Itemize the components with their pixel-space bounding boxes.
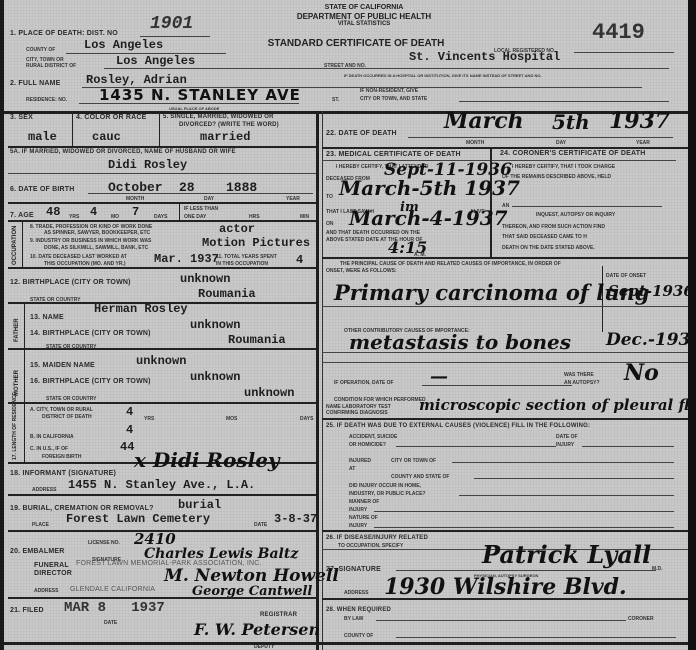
informant-signature: x Didi Rosley <box>134 448 280 472</box>
father-birthplace-label: 14. BIRTHPLACE (CITY OR TOWN) <box>30 330 151 337</box>
principal-onset: Sept-1936 <box>608 282 694 300</box>
coroner-line-5: DEATH ON THE DATE STATED ABOVE. <box>502 245 595 251</box>
age-days: 7 <box>132 205 139 219</box>
full-name-value: Rosley, Adrian <box>86 73 187 87</box>
nonres-label-1: IF NON-RESIDENT, GIVE <box>360 88 418 94</box>
license-label: LICENSE NO. <box>88 540 120 546</box>
autopsy-value: No <box>624 360 659 386</box>
coroner-req-coroner-label: CORONER <box>628 616 654 622</box>
medical-cert-label: 23. MEDICAL CERTIFICATE OF DEATH <box>326 151 461 158</box>
coroner-inquest-label: INQUEST, AUTOPSY OR INQUIRY <box>536 212 615 218</box>
manner-label-1: MANNER OF <box>349 499 379 505</box>
spouse-value: Didi Rosley <box>108 158 187 172</box>
division-title: VITAL STATISTICS <box>274 21 454 27</box>
death-year: 1937 <box>609 108 670 134</box>
marital-label-1: 5. SINGLE, MARRIED, WIDOWED OR <box>163 114 274 120</box>
marital-value: married <box>200 130 250 144</box>
less-day-label-1: IF LESS THAN <box>184 206 218 212</box>
operation-value: — <box>430 366 448 387</box>
injured-at-label-1: INJURED <box>349 458 371 464</box>
mother-birthplace-label: 16. BIRTHPLACE (CITY OR TOWN) <box>30 378 151 385</box>
residence-value: 1435 N. STANLEY AVE <box>99 86 301 104</box>
county-label: COUNTY OF <box>26 47 55 53</box>
race-label: 4. COLOR OR RACE <box>76 114 146 121</box>
physician-address: 1930 Wilshire Blvd. <box>384 574 627 600</box>
funeral-director-label-1: FUNERAL <box>34 562 69 569</box>
cause-intro-1: THE PRINCIPAL CAUSE OF DEATH AND RELATED… <box>340 261 561 267</box>
lab-label-2: CONFIRMING DIAGNOSIS <box>326 410 388 416</box>
department-title: DEPARTMENT OF PUBLIC HEALTH <box>274 12 454 21</box>
filed-label: 21. FILED <box>10 607 44 614</box>
medical-to-label: TO <box>326 194 333 200</box>
coroner-req-label-2: BY LAW <box>344 616 363 622</box>
physician-signature: Patrick Lyall <box>482 540 651 569</box>
embalmer-label: 20. EMBALMER <box>10 548 65 555</box>
coroner-cert-label: 24. CORONER'S CERTIFICATE OF DEATH <box>500 150 646 157</box>
physician-address-label: ADDRESS <box>344 590 368 596</box>
informant-address-label: ADDRESS <box>32 487 56 493</box>
district-number: 1901 <box>150 14 193 34</box>
industry-value: Motion Pictures <box>202 236 310 250</box>
mother-birthplace-city: unknown <box>190 370 240 384</box>
trade-value: actor <box>219 222 255 236</box>
on-label: ON <box>326 221 334 227</box>
burial-date: 3-8-37 <box>274 512 317 526</box>
nature-label-1: NATURE OF <box>349 515 378 521</box>
director-signature: M. Newton Howell <box>164 566 339 586</box>
injury-place-label-1: DID INJURY OCCUR IN HOME, <box>349 483 421 489</box>
md-label: M.D. <box>652 566 663 572</box>
dob-label: 6. DATE OF BIRTH <box>10 186 75 193</box>
injury-county-label: COUNTY AND STATE OF <box>391 474 449 480</box>
embalmer-address: GLENDALE CALIFORNIA <box>70 586 155 593</box>
informant-address: 1455 N. Stanley Ave., L.A. <box>68 478 255 492</box>
industry-label-1: 9. INDUSTRY OR BUSINESS IN WHICH WORK WA… <box>30 238 151 244</box>
res-city-label-2: DISTRICT OF DEATH <box>42 414 92 420</box>
death-month: March <box>444 108 524 134</box>
autopsy-label-2: AN AUTOPSY? <box>564 380 600 386</box>
spouse-label: 5A. IF MARRIED, WIDOWED OR DIVORCED, NAM… <box>10 149 236 155</box>
full-name-label: 2. FULL NAME <box>10 80 61 87</box>
death-date-label: 22. DATE OF DEATH <box>326 130 397 137</box>
age-label: 7. AGE <box>10 212 34 219</box>
principal-cause: Primary carcinoma of lung <box>334 280 649 305</box>
injury-city-label: CITY OR TOWN OF <box>391 458 436 464</box>
nature-label-2: INJURY <box>349 523 367 529</box>
occ-related-label-1: 26. IF DISEASE/INJURY RELATED <box>326 535 428 541</box>
death-month-label: MONTH <box>466 140 484 146</box>
father-birthplace-country: Roumania <box>228 333 286 347</box>
coroner-req-county-label: COUNTY OF <box>344 633 373 639</box>
res-yrs-label: YRS <box>144 416 154 422</box>
death-day: 5th <box>552 110 590 134</box>
registrar-signature: F. W. Petersen <box>194 620 320 639</box>
embalmer-address-label: ADDRESS <box>34 588 58 594</box>
total-years-label-1: 11. TOTAL YEARS SPENT <box>216 254 277 260</box>
page-edge <box>688 0 696 650</box>
res-city-label-1: A. CITY, TOWN OR RURAL <box>30 407 93 413</box>
birthplace-label: 12. BIRTHPLACE (CITY OR TOWN) <box>10 279 131 286</box>
cause-intro-2: ONSET, WERE AS FOLLOWS: <box>326 268 397 274</box>
injured-at-label-2: AT <box>349 466 355 472</box>
coroner-line-3: THEREON, AND FROM SUCH ACTION FIND <box>502 224 605 230</box>
last-worked-value: Mar. 1937 <box>154 252 219 266</box>
trade-label-2: AS SPINNER, SAWYER, BOOKKEEPER, ETC <box>44 230 150 236</box>
last-saw-date: March-4-1937 <box>349 206 508 230</box>
residence-length-side-label: 17. LENGTH OF RESIDENCE <box>12 392 18 460</box>
res-us-label-1: C. IN U.S., IF OF <box>30 446 68 452</box>
res-us-years: 44 <box>120 440 134 454</box>
signature-label: 27. SIGNATURE <box>326 566 381 573</box>
death-day-label: DAY <box>556 140 566 146</box>
other-cause: metastasis to bones <box>349 330 571 354</box>
father-name-label: 13. NAME <box>30 314 64 321</box>
informant-label: 18. INFORMANT (SIGNATURE) <box>10 470 116 477</box>
certificate-number: 4419 <box>592 20 645 45</box>
lab-test-value: microscopic section of pleural fluid <box>419 396 696 414</box>
street-value: St. Vincents Hospital <box>409 50 560 64</box>
state-title: STATE OF CALIFORNIA <box>274 4 454 11</box>
operation-label: IF OPERATION, DATE OF <box>334 380 394 386</box>
marital-label-2: DIVORCED? (WRITE THE WORD) <box>179 122 279 128</box>
occurred-label-1: AND THAT DEATH OCCURRED ON THE <box>326 230 420 236</box>
filed-date-label: DATE <box>104 620 117 626</box>
coroner-req-label-1: 28. WHEN REQUIRED <box>326 607 391 613</box>
accident-label-1: ACCIDENT, SUICIDE <box>349 434 397 440</box>
death-year-label: YEAR <box>636 140 650 146</box>
burial-label: 19. BURIAL, CREMATION OR REMOVAL? <box>10 505 154 512</box>
condition-label: CONDITION FOR WHICH PERFORMED <box>334 397 426 403</box>
mother-birthplace-country: unknown <box>244 386 294 400</box>
res-mos-label: MOS <box>226 416 237 422</box>
race-value: cauc <box>92 130 121 144</box>
city-label-2: RURAL DISTRICT OF <box>26 63 76 69</box>
birthplace-country: Roumania <box>198 287 256 301</box>
onset-label: DATE OF ONSET <box>606 273 646 279</box>
coroner-line-2: OF THE REMAINS DESCRIBED ABOVE, HELD <box>502 174 611 180</box>
certificate-title: STANDARD CERTIFICATE OF DEATH <box>226 38 486 49</box>
burial-place: Forest Lawn Cemetery <box>66 512 210 526</box>
res-us-label-2: FOREIGN BIRTH <box>42 454 81 460</box>
death-certificate: STATE OF CALIFORNIA DEPARTMENT OF PUBLIC… <box>4 0 688 650</box>
total-years-value: 4 <box>296 253 303 267</box>
burial-type: burial <box>178 498 221 512</box>
res-ca-label: B. IN CALIFORNIA <box>30 434 74 440</box>
street-label: STREET AND NO. <box>324 63 366 69</box>
occupation-side-label: OCCUPATION <box>12 226 18 265</box>
registrar-label: REGISTRAR <box>260 612 297 618</box>
res-days-label: DAYS <box>300 416 313 422</box>
last-worked-label-1: 10. DATE DECEASED LAST WORKED AT <box>30 254 127 260</box>
burial-date-label: DATE <box>254 522 267 528</box>
residence-label: RESIDENCE: NO. <box>26 97 67 103</box>
city-value: Los Angeles <box>116 54 195 68</box>
father-name-value: Herman Rosley <box>94 302 188 316</box>
street-note: IF DEATH OCCURRED IN A HOSPITAL OR INSTI… <box>344 73 542 78</box>
birthplace-city: unknown <box>180 272 230 286</box>
res-ca-years: 4 <box>126 423 133 437</box>
father-side-label: FATHER <box>14 318 20 342</box>
injury-place-label-2: INDUSTRY, OR PUBLIC PLACE? <box>349 491 425 497</box>
sex-label: 3. SEX <box>10 114 33 121</box>
coroner-an-label: AN <box>502 203 509 209</box>
age-months: 4 <box>90 205 97 219</box>
age-years: 48 <box>46 205 60 219</box>
medical-to: March-5th 1937 <box>339 176 520 200</box>
date-injury-label-2: INJURY <box>556 442 574 448</box>
nonres-label-2: CITY OR TOWN, AND STATE <box>360 96 427 102</box>
county-value: Los Angeles <box>84 38 163 52</box>
external-label: 25. IF DEATH WAS DUE TO EXTERNAL CAUSES … <box>326 423 590 429</box>
autopsy-label-1: WAS THERE <box>564 372 594 378</box>
place-of-death-label: 1. PLACE OF DEATH: DIST. NO <box>10 30 118 37</box>
other-onset: Dec.-1936 <box>606 330 696 350</box>
coroner-line-1: I HEREBY CERTIFY, THAT I TOOK CHARGE <box>512 164 615 170</box>
industry-label-2: DONE, AS SILKMILL, SAWMILL, BANK, ETC <box>44 245 148 251</box>
maiden-name-label: 15. MAIDEN NAME <box>30 362 95 369</box>
maiden-name-value: unknown <box>136 354 186 368</box>
funeral-director-label-2: DIRECTOR <box>34 570 72 577</box>
coroner-line-4: THAT SAID DECEASED CAME TO H <box>502 234 587 240</box>
accident-label-2: OR HOMICIDE? <box>349 442 386 448</box>
filed-date: MAR 8 1937 <box>64 600 165 616</box>
sex-value: male <box>28 130 57 144</box>
burial-place-label: PLACE <box>32 522 49 528</box>
res-city-years: 4 <box>126 405 133 419</box>
father-birthplace-city: unknown <box>190 318 240 332</box>
residence-st-label: ST. <box>332 97 339 103</box>
date-injury-label-1: DATE OF <box>556 434 578 440</box>
manner-label-2: INJURY <box>349 507 367 513</box>
